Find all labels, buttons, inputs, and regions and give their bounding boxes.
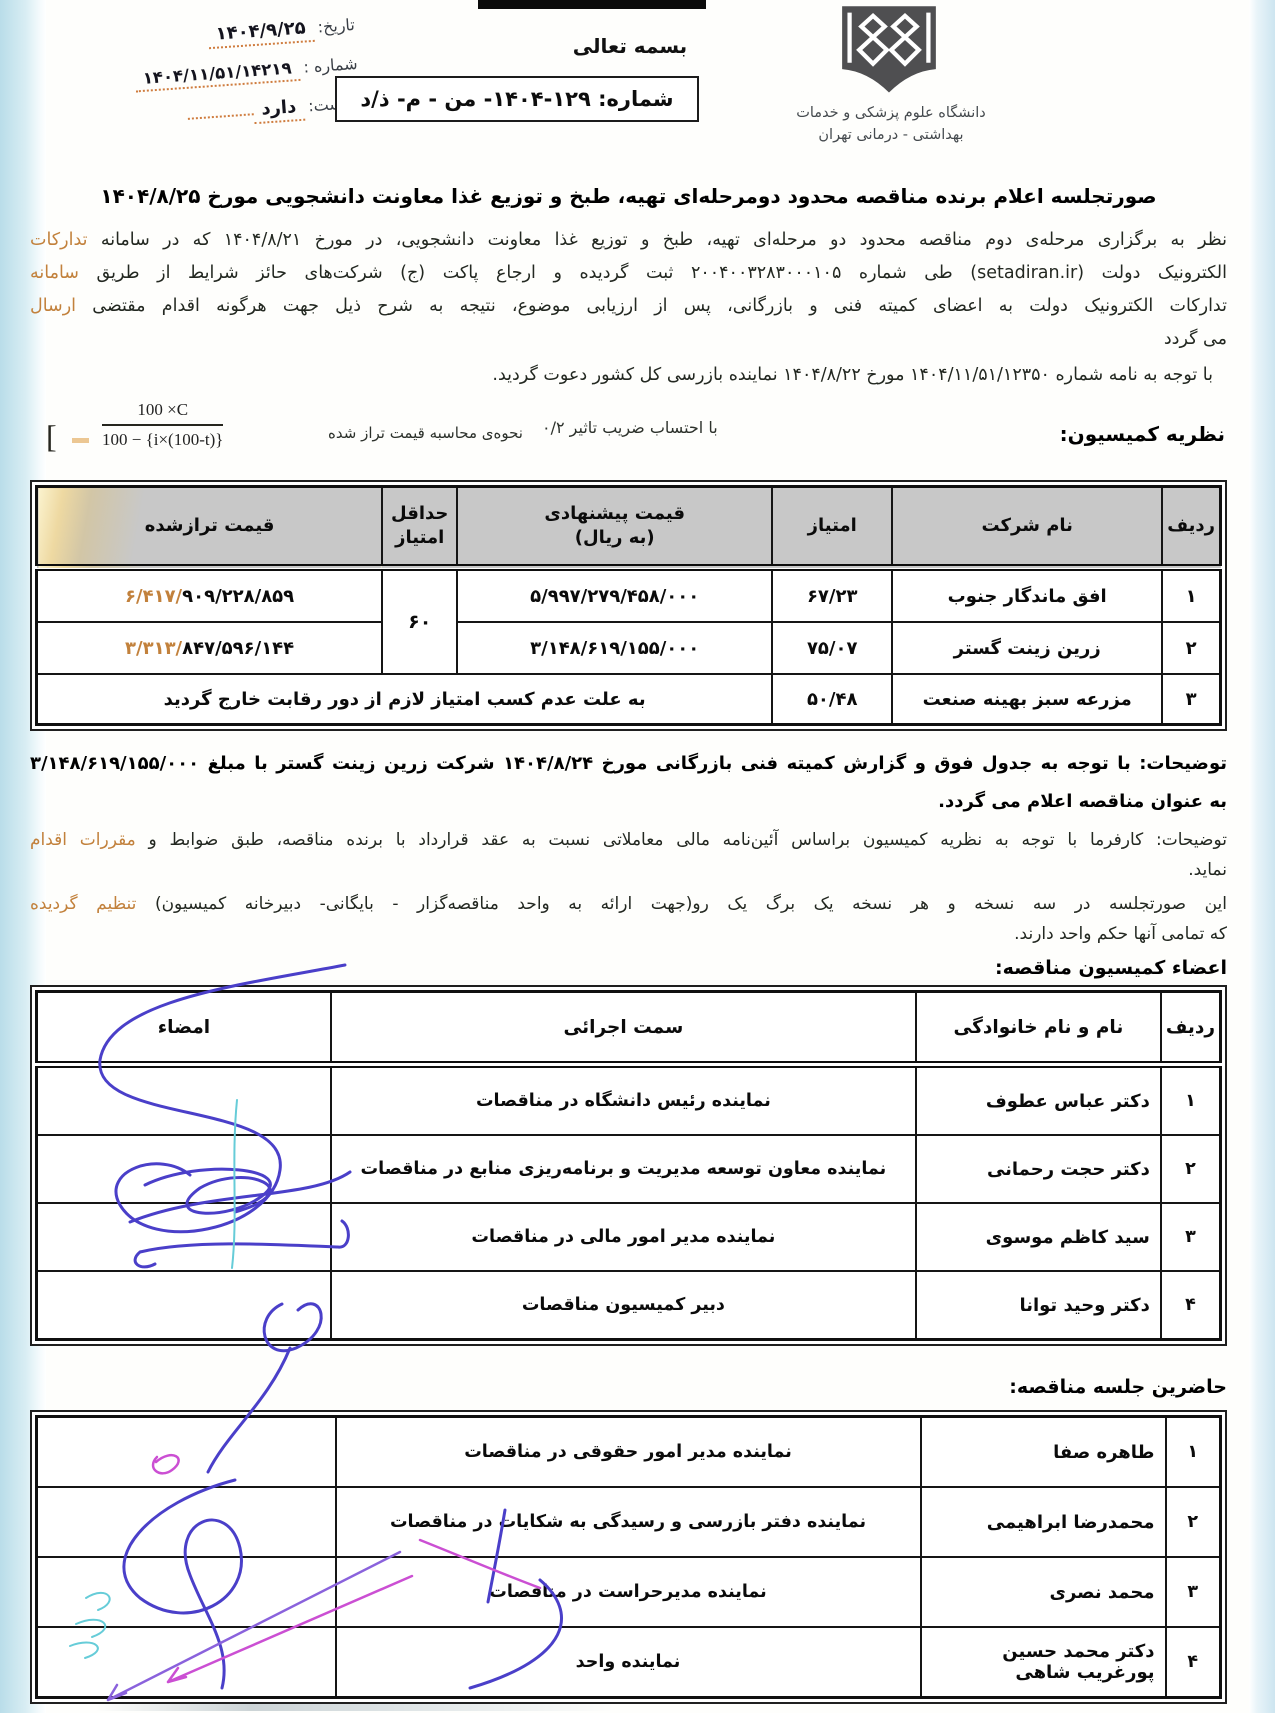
explanation-2-line-2: که تمامی آنها حکم واحد دارند.	[30, 919, 1227, 949]
col-company: نام شرکت	[892, 487, 1162, 568]
explanation-2-faded-words: تنظیم گردیده	[30, 894, 136, 914]
row-no: ۴	[1161, 1271, 1221, 1340]
attendees-table-wrapper: ۱ طاهره صفا نماینده مدیر امور حقوقی در م…	[30, 1410, 1227, 1704]
attendee-row-3: ۳ محمد نصری نماینده مدیرحراست در مناقصات	[37, 1557, 1221, 1627]
intro-line-2-text: الکترونیک دولت (setadiran.ir) طی شماره ۲…	[97, 263, 1227, 283]
intro-line-4: می گردد	[30, 323, 1227, 356]
date-value: ۱۴۰۴/۹/۲۵	[207, 17, 315, 49]
explanation-2-line-1: این صورتجلسه در سه نسخه و هر نسخه یک برگ…	[30, 889, 1227, 919]
member-role: دبیر کمیسیون مناقصات	[331, 1271, 916, 1340]
attendee-role: نماینده مدیر امور حقوقی در مناقصات	[336, 1417, 921, 1488]
signature-cell	[37, 1135, 331, 1203]
row-no: ۳	[1161, 1203, 1221, 1271]
row-no: ۲	[1162, 622, 1220, 674]
signature-cell	[37, 1557, 336, 1627]
row-no: ۱	[1161, 1065, 1221, 1136]
balanced-price-faded-part: ۶/۴۱۷/	[125, 586, 182, 607]
number-row: شماره : ۱۴۰۴/۱۱/۵۱/۱۴۲۱۹	[46, 54, 359, 99]
row-no: ۳	[1162, 674, 1220, 725]
col-executive-role: سمت اجرائی	[331, 992, 916, 1065]
score: ۵۰/۴۸	[772, 674, 892, 725]
intro-line-1-text: نظر به برگزاری مرحله‌ی دوم مناقصه محدود …	[101, 230, 1227, 250]
signature-cell	[37, 1487, 336, 1557]
intro-line-3-faded-word: ارسال	[30, 296, 76, 316]
row-no: ۳	[1166, 1557, 1221, 1627]
members-header-row: ردیف نام و نام خانوادگی سمت اجرائی امضاء	[37, 992, 1221, 1065]
number-value: ۱۴۰۴/۱۱/۵۱/۱۴۲۱۹	[134, 58, 300, 92]
member-name: دکتر وحید توانا	[916, 1271, 1161, 1340]
member-row-2: ۲ دکتر حجت رحمانی نماینده معاون توسعه مد…	[37, 1135, 1221, 1203]
letterhead: تاریخ: ۱۴۰۴/۹/۲۵ شماره : ۱۴۰۴/۱۱/۵۱/۱۴۲۱…	[30, 0, 1227, 178]
member-role: نماینده رئیس دانشگاه در مناقصات	[331, 1065, 916, 1136]
explanation-1-faded-words: مقررات اقدام	[30, 830, 136, 850]
coefficient-note: با احتساب ضریب تاثیر ۰/۲	[542, 418, 718, 437]
col-score: امتیاز	[772, 487, 892, 568]
intro-line-3: تدارکات الکترونیک دولت به اعضای کمیته فن…	[30, 290, 1227, 323]
signature-cell	[37, 1203, 331, 1271]
bids-header-row: ردیف نام شرکت امتیاز قیمت پیشنهادی (به ر…	[37, 487, 1221, 568]
intro-line-3-text: تدارکات الکترونیک دولت به اعضای کمیته فن…	[92, 296, 1227, 316]
winner-announcement: توضیحات: با توجه به جدول فوق و گزارش کمی…	[30, 745, 1227, 821]
intro-line-1: نظر به برگزاری مرحله‌ی دوم مناقصه محدود …	[30, 224, 1227, 257]
attachment-row: پیوست: دارد	[48, 92, 361, 139]
attendee-name: دکتر محمد حسین پورغریب شاهی	[921, 1627, 1166, 1698]
winner-line-2: به عنوان مناقصه اعلام می گردد.	[30, 783, 1227, 821]
col-signature: امضاء	[37, 992, 331, 1065]
formula-bracket: [	[46, 418, 57, 455]
bid-row-2: ۲ زرین زینت گستر ۷۵/۰۷ ۳/۱۴۸/۶۱۹/۱۵۵/۰۰۰…	[37, 622, 1221, 674]
row-no: ۱	[1166, 1417, 1221, 1488]
bid-row-3: ۳ مزرعه سبز بهینه صنعت ۵۰/۴۸ به علت عدم …	[37, 674, 1221, 725]
col-min-score: حداقل امتیاز	[382, 487, 457, 568]
intro-line-2: الکترونیک دولت (setadiran.ir) طی شماره ۲…	[30, 257, 1227, 290]
member-row-3: ۳ سید کاظم موسوی نماینده مدیر امور مالی …	[37, 1203, 1221, 1271]
row-no: ۲	[1161, 1135, 1221, 1203]
col-proposed-price: قیمت پیشنهادی (به ریال)	[457, 487, 772, 568]
number-label: شماره :	[303, 54, 358, 77]
explanation-1-line-2: نماید.	[30, 855, 1227, 885]
balanced-price-formula: 100 ×C 100 − {i×(100-t)}	[102, 400, 223, 450]
attendee-role: نماینده دفتر بازرسی و رسیدگی به شکایات د…	[336, 1487, 921, 1557]
member-name: سید کاظم موسوی	[916, 1203, 1161, 1271]
attendee-row-2: ۲ محمدرضا ابراهیمی نماینده دفتر بازرسی و…	[37, 1487, 1221, 1557]
member-role: نماینده مدیر امور مالی در مناقصات	[331, 1203, 916, 1271]
signature-cell	[37, 1271, 331, 1340]
company-name: مزرعه سبز بهینه صنعت	[892, 674, 1162, 725]
explanation-1-line-1: توضیحات: کارفرما با توجه به نظریه کمیسیو…	[30, 825, 1227, 855]
member-name: دکتر عباس عطوف	[916, 1065, 1161, 1136]
bid-row-1: ۱ افق ماندگار جنوب ۶۷/۲۳ ۵/۹۹۷/۲۷۹/۴۵۸/۰…	[37, 568, 1221, 623]
attendee-row-4: ۴ دکتر محمد حسین پورغریب شاهی نماینده وا…	[37, 1627, 1221, 1698]
attendees-heading: حاضرین جلسه مناقصه:	[30, 1376, 1227, 1398]
intro-line-2-faded-word: سامانه	[30, 263, 79, 283]
attendee-name: طاهره صفا	[921, 1417, 1166, 1488]
formula-denominator: 100 − {i×(100-t)}	[102, 426, 223, 450]
doc-number-box: شماره: ۱۲۹-۱۴۰۴- من - م- ذ/د	[335, 76, 699, 122]
min-score-shared: ۶۰	[382, 568, 457, 675]
university-name-line2: بهداشتی - درمانی تهران	[818, 127, 963, 143]
attendee-row-1: ۱ طاهره صفا نماینده مدیر امور حقوقی در م…	[37, 1417, 1221, 1488]
disqualified-note: به علت عدم کسب امتیاز لازم از دور رقابت …	[37, 674, 773, 725]
university-name-line1: دانشگاه علوم پزشکی و خدمات	[796, 105, 986, 121]
date-label: تاریخ:	[317, 15, 355, 37]
explanation-2: این صورتجلسه در سه نسخه و هر نسخه یک برگ…	[30, 889, 1227, 949]
university-logo	[830, 2, 948, 100]
formula-smudge	[72, 438, 89, 443]
winner-line-1: توضیحات: با توجه به جدول فوق و گزارش کمی…	[30, 745, 1227, 783]
explanation-1: توضیحات: کارفرما با توجه به نظریه کمیسیو…	[30, 825, 1227, 885]
intro-paragraph: نظر به برگزاری مرحله‌ی دوم مناقصه محدود …	[30, 224, 1227, 392]
company-name: افق ماندگار جنوب	[892, 568, 1162, 623]
bids-table: ردیف نام شرکت امتیاز قیمت پیشنهادی (به ر…	[35, 485, 1222, 726]
scan-bottom-smudge	[95, 1704, 615, 1711]
attachment-value: دارد	[253, 96, 306, 124]
university-name: دانشگاه علوم پزشکی و خدمات بهداشتی - درم…	[772, 102, 1010, 147]
proposed-price: ۵/۹۹۷/۲۷۹/۴۵۸/۰۰۰	[457, 568, 772, 623]
row-no: ۴	[1166, 1627, 1221, 1698]
members-heading: اعضاء کمیسیون مناقصه:	[30, 957, 1227, 979]
row-no: ۲	[1166, 1487, 1221, 1557]
member-row-1: ۱ دکتر عباس عطوف نماینده رئیس دانشگاه در…	[37, 1065, 1221, 1136]
explanation-2-text: این صورتجلسه در سه نسخه و هر نسخه یک برگ…	[155, 894, 1227, 914]
score: ۶۷/۲۳	[772, 568, 892, 623]
col-row-no: ردیف	[1161, 992, 1221, 1065]
attendee-name: محمدرضا ابراهیمی	[921, 1487, 1166, 1557]
attendees-table: ۱ طاهره صفا نماینده مدیر امور حقوقی در م…	[35, 1415, 1222, 1699]
attendee-name: محمد نصری	[921, 1557, 1166, 1627]
intro-line-1-faded-word: تدارکات	[30, 230, 88, 250]
members-table: ردیف نام و نام خانوادگی سمت اجرائی امضاء…	[35, 990, 1222, 1341]
winner-line-1-text: توضیحات: با توجه به جدول فوق و گزارش کمی…	[30, 753, 1227, 774]
proposed-price: ۳/۱۴۸/۶۱۹/۱۵۵/۰۰۰	[457, 622, 772, 674]
score: ۷۵/۰۷	[772, 622, 892, 674]
balanced-price-faded-part: ۳/۳۱۳/	[125, 638, 182, 659]
balanced-price: ۳/۳۱۳/۸۴۷/۵۹۶/۱۴۴	[37, 622, 383, 674]
attachment-dotted-line	[187, 99, 254, 120]
besmellah: بسمه تعالی	[500, 34, 760, 58]
members-table-wrapper: ردیف نام و نام خانوادگی سمت اجرائی امضاء…	[30, 985, 1227, 1346]
balanced-price-rest: ۹۰۹/۲۲۸/۸۵۹	[182, 586, 294, 607]
signature-cell	[37, 1417, 336, 1488]
scan-edge-right	[1249, 0, 1275, 1713]
document-page: تاریخ: ۱۴۰۴/۹/۲۵ شماره : ۱۴۰۴/۱۱/۵۱/۱۴۲۱…	[30, 0, 1227, 1704]
balanced-price-method-label: نحوه‌ی محاسبه قیمت تراز شده	[328, 424, 523, 442]
col-full-name: نام و نام خانوادگی	[916, 992, 1161, 1065]
col-balanced-price: قیمت ترازشده	[37, 487, 383, 568]
letterhead-meta: تاریخ: ۱۴۰۴/۹/۲۵ شماره : ۱۴۰۴/۱۱/۵۱/۱۴۲۱…	[43, 14, 362, 153]
balanced-price-rest: ۸۴۷/۵۹۶/۱۴۴	[182, 638, 294, 659]
member-role: نماینده معاون توسعه مدیریت و برنامه‌ریزی…	[331, 1135, 916, 1203]
signature-cell	[37, 1627, 336, 1698]
date-row: تاریخ: ۱۴۰۴/۹/۲۵	[43, 14, 356, 61]
commission-opinion-label: نظریه کمیسیون:	[1060, 422, 1225, 446]
commission-opinion-band: نظریه کمیسیون: با احتساب ضریب تاثیر ۰/۲ …	[30, 392, 1227, 476]
bids-table-wrapper: ردیف نام شرکت امتیاز قیمت پیشنهادی (به ر…	[30, 480, 1227, 731]
explanation-1-text: توضیحات: کارفرما با توجه به نظریه کمیسیو…	[149, 830, 1227, 850]
balanced-price: ۶/۴۱۷/۹۰۹/۲۲۸/۸۵۹	[37, 568, 383, 623]
inspection-invite-line: با توجه به نامه شماره ۱۴۰۴/۱۱/۵۱/۱۲۳۵۰ م…	[30, 359, 1227, 392]
attendee-role: نماینده مدیرحراست در مناقصات	[336, 1557, 921, 1627]
formula-numerator: 100 ×C	[102, 400, 223, 426]
signature-cell	[37, 1065, 331, 1136]
col-row-no: ردیف	[1162, 487, 1220, 568]
scan-top-black-bar	[478, 0, 706, 9]
member-row-4: ۴ دکتر وحید توانا دبیر کمیسیون مناقصات	[37, 1271, 1221, 1340]
row-no: ۱	[1162, 568, 1220, 623]
member-name: دکتر حجت رحمانی	[916, 1135, 1161, 1203]
company-name: زرین زینت گستر	[892, 622, 1162, 674]
attendee-role: نماینده واحد	[336, 1627, 921, 1698]
document-title: صورتجلسه اعلام برنده مناقصه محدود دومرحل…	[30, 184, 1227, 208]
